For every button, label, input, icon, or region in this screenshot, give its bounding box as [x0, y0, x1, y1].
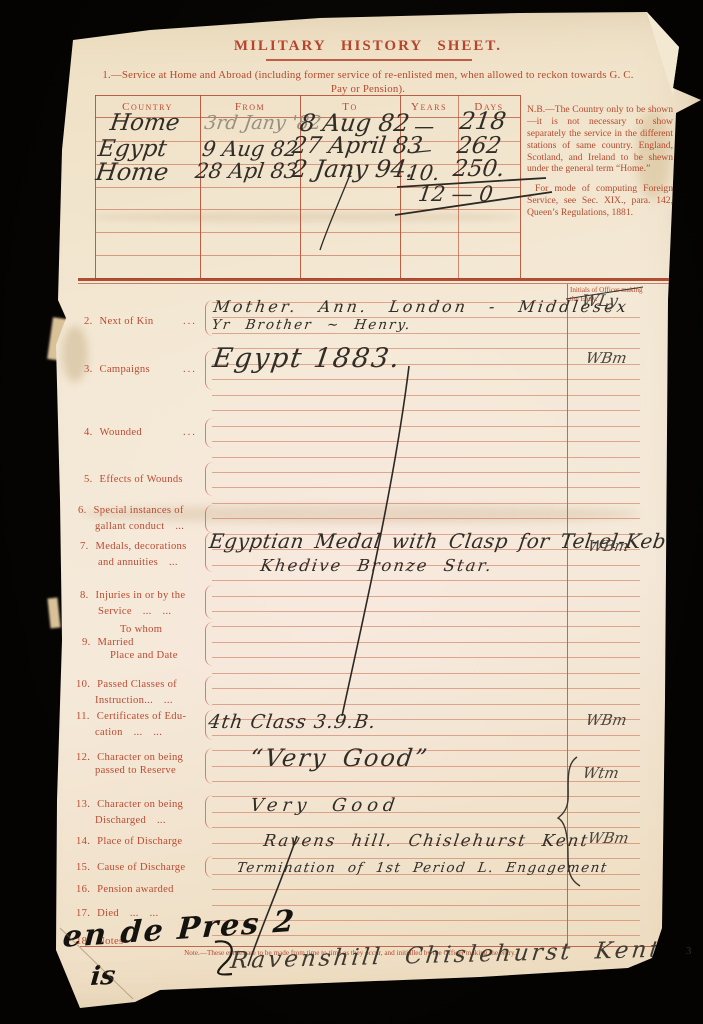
ruled-line — [212, 657, 640, 658]
ruled-line — [212, 781, 640, 782]
item-label-certificates: 11.Certificates of Edu- — [76, 711, 186, 722]
ruled-line — [212, 673, 640, 674]
item-label-medals-line2: and annuities ... — [98, 554, 178, 569]
ruled-line — [212, 580, 640, 581]
ruled-line — [212, 379, 640, 380]
torn-paper-fragment — [47, 598, 60, 629]
entry-from: 9 Aug 82 — [201, 137, 300, 161]
scanned-document-photo: MILITARY HISTORY SHEET. 1.—Service at Ho… — [0, 0, 703, 1024]
item-label-gallant-conduct: 6.Special instances of — [78, 505, 184, 516]
item-label-injuries-line2: Service ... ... — [98, 603, 171, 618]
entry-bracket — [205, 585, 213, 619]
entry-bracket — [205, 462, 213, 496]
entry-from: 28 Apl 83 — [194, 159, 299, 183]
ruled-line — [212, 503, 640, 504]
officer-initials: WBm — [586, 537, 630, 555]
entry-country: Home — [108, 110, 181, 136]
entry-bracket — [205, 748, 213, 784]
pen-stroke-table — [320, 172, 351, 250]
section1-heading-line1: 1.—Service at Home and Abroad (including… — [88, 69, 648, 81]
page-title: MILITARY HISTORY SHEET. — [90, 38, 646, 55]
page-mark: 3 — [686, 945, 692, 957]
item-label-pension-awarded: 16.Pension awarded — [76, 884, 174, 895]
item-label-cause-of-discharge: 15.Cause of Discharge — [76, 862, 185, 873]
ruled-line — [212, 410, 640, 411]
entry-to: 2 Jany 94. — [290, 155, 416, 183]
ruled-line — [212, 441, 640, 442]
item-label-married-line0: To whom — [120, 624, 162, 635]
item-label-place-of-discharge: 14.Place of Discharge — [76, 836, 182, 847]
nb-note: N.B.—The Country only to be shown—it is … — [527, 104, 673, 219]
ruled-line — [212, 626, 640, 627]
item-label-campaigns: 3.Campaigns — [84, 364, 150, 375]
entry-character-discharged: Very Good — [249, 795, 401, 816]
entry-bracket — [205, 676, 213, 706]
entry-cause-of-discharge: Termination of 1st Period L. Engagement — [236, 860, 609, 876]
nb-paragraph-1: N.B.—The Country only to be shown—it is … — [527, 104, 673, 175]
item-label-character-discharged: 13.Character on being — [76, 799, 183, 810]
ruled-line — [212, 472, 640, 473]
item-label-classes-of-instruction: 10.Passed Classes of — [76, 679, 177, 690]
officer-initials: WBm — [584, 711, 628, 729]
item-label-medals: 7.Medals, decorations — [80, 541, 187, 552]
officer-initials: WBm — [586, 829, 630, 847]
ruled-line — [212, 596, 640, 597]
item-label-effects-of-wounds: 5.Effects of Wounds — [84, 474, 183, 485]
table-ruled-line — [95, 232, 520, 233]
entry-medals-line2: Khedive Bronze Star. — [259, 556, 494, 575]
item-label-character-reserve-line2: passed to Reserve — [95, 765, 176, 776]
ruled-line — [212, 704, 640, 705]
ruled-line — [212, 457, 640, 458]
nb-paragraph-2: For mode of computing Foreign Service, s… — [527, 183, 673, 219]
entry-campaigns: Egypt 1883. — [211, 343, 404, 374]
ruled-line — [212, 518, 640, 519]
officer-initials: WBm — [584, 349, 628, 367]
ruled-line — [212, 611, 640, 612]
item-label-married-line2: Place and Date — [110, 650, 178, 661]
ruled-line — [212, 688, 640, 689]
leader-dots: ... — [183, 427, 197, 438]
item-label-gallant-conduct-line2: gallant conduct ... — [95, 518, 184, 533]
scrawl-bottom-left-line2: is — [89, 961, 116, 992]
section-divider-rule — [78, 283, 670, 284]
item-label-classes-line2: Instruction... ... — [95, 692, 173, 707]
leader-dots: ... — [183, 316, 197, 327]
item-label-certificates-line2: cation ... ... — [95, 724, 162, 739]
table-ruled-line — [95, 209, 520, 210]
entry-bracket — [205, 622, 213, 666]
section-divider-rule — [78, 278, 670, 281]
paper-sheet: MILITARY HISTORY SHEET. 1.—Service at Ho… — [0, 0, 703, 1024]
stain-band — [90, 212, 520, 222]
table-ruled-line — [95, 255, 520, 256]
entry-country: Home — [94, 158, 170, 186]
entry-days: 250. — [451, 156, 506, 182]
section1-heading-line2: Pay or Pension). — [88, 83, 648, 95]
entry-place-of-discharge: Ravens hill. Chislehurst Kent — [262, 831, 590, 850]
ruled-line — [212, 333, 640, 334]
entry-total-service: 12 — 0 — [417, 182, 495, 206]
ruled-line — [212, 827, 640, 828]
officer-initials: Wtm — [581, 764, 620, 782]
entry-bracket — [205, 418, 213, 448]
table-border-right — [520, 95, 521, 278]
item-label-character-discharged-line2: Discharged ... — [95, 812, 166, 827]
entry-days: 218 — [458, 107, 508, 135]
entry-certificates: 4th Class 3.9.B. — [207, 711, 378, 733]
leader-dots: ... — [183, 364, 197, 375]
entry-bracket — [205, 856, 213, 878]
item-label-character-reserve: 12.Character on being — [76, 752, 183, 763]
title-underline — [266, 59, 472, 61]
entry-next-of-kin-line1: Mother. Ann. London - Middlesex — [212, 297, 630, 316]
ruled-line — [212, 426, 640, 427]
ruled-line — [212, 642, 640, 643]
table-border-top — [95, 95, 520, 96]
ruled-line — [212, 735, 640, 736]
ruled-line — [212, 487, 640, 488]
ruled-line — [212, 395, 640, 396]
item-label-wounded: 4.Wounded — [84, 427, 142, 438]
entry-bracket — [205, 795, 213, 829]
scrawl-bottom-address: Ravenshill Chislehurst Kent — [229, 937, 663, 974]
entry-character-reserve: “Very Good” — [248, 744, 431, 772]
entry-next-of-kin-line2: Yr Brother ~ Henry. — [211, 317, 413, 333]
officer-initials: WLy — [580, 291, 619, 310]
ruled-line — [212, 889, 640, 890]
item-label-married: 9.Married — [82, 637, 134, 648]
item-label-next-of-kin: 2.Next of Kin — [84, 316, 153, 327]
item-label-injuries: 8.Injuries in or by the — [80, 590, 185, 601]
